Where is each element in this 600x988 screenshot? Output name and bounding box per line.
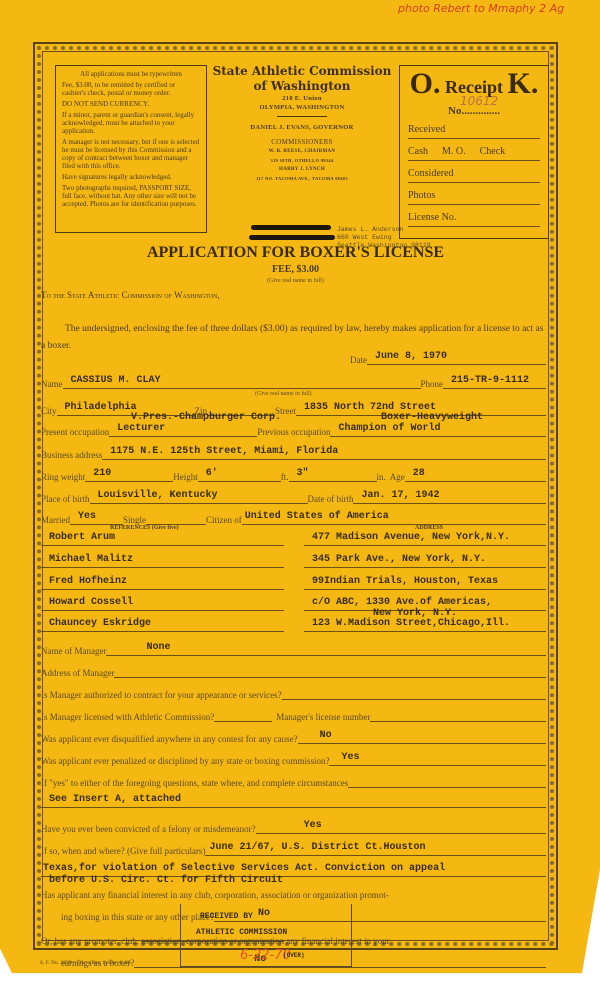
date-of-birth-field: Jan. 17, 1942 <box>353 489 546 504</box>
commissioner-1-address: 319 10TH, OTHELLO 99344 <box>207 156 397 165</box>
present-occupation-field: Lecturer <box>109 422 257 437</box>
instruction-item: Have signatures legally acknowledged. <box>62 173 200 181</box>
addressee-line: To the State Athletic Commission of Wash… <box>41 290 220 300</box>
ornamental-border: All applications must be typewritten Fee… <box>33 42 558 950</box>
height-ft-field: 6' <box>198 467 281 482</box>
manager-name-row: Name of Manager None <box>41 640 546 656</box>
agency-street: 210 E. Union <box>207 94 397 103</box>
agency-city: OLYMPIA, WASHINGTON <box>207 103 397 112</box>
reference-name: Howard Cossell <box>41 596 284 611</box>
circumstances-answer-row: See Insert A, attached <box>41 792 546 808</box>
document-page: photo Rebert to Mmaphy 2 Ag All applicat… <box>0 0 600 988</box>
manager-authorized-row: Is Manager authorized to contract for yo… <box>41 684 546 700</box>
name-hint: (Give real name in full) <box>35 278 556 284</box>
manager-name-field: None <box>106 641 546 656</box>
penalized-field: Yes <box>329 751 546 766</box>
name-field: CASSIUS M. CLAY <box>63 374 421 389</box>
stamp-line-2: ATHLETIC COMMISSION <box>196 928 287 937</box>
manager-license-number-field <box>370 707 546 722</box>
instruction-item: A manager is not necessary, but if one i… <box>62 138 200 170</box>
receipt-number-handwritten: 10612 <box>460 94 498 108</box>
reference-name: Robert Arum <box>41 531 284 546</box>
manager-address-field <box>114 663 546 678</box>
form-fee: FEE, $3.00 <box>35 264 556 275</box>
citizen-field: United States of America <box>242 510 546 525</box>
reference-address: 345 Park Ave., New York, N.Y. <box>304 553 546 568</box>
age-field: 28 <box>405 467 546 482</box>
receipt-box: O. Receipt K. 10612 No.............. Rec… <box>399 65 549 239</box>
agency-state: of Washington <box>207 79 397 94</box>
disqualified-row: Was applicant ever disqualified anywhere… <box>41 728 546 744</box>
instruction-item: Two photographs required, PASSPORT SIZE,… <box>62 184 200 208</box>
date-field: June 8, 1970 <box>367 350 546 365</box>
reference-row: Chauncey Eskridge 123 W.Madison Street,C… <box>41 616 546 632</box>
commissioner-2: HARRY J. LYNCH <box>207 165 397 174</box>
height-in-field: 3" <box>289 467 377 482</box>
birth-row: Place of birth Louisville, Kentucky Date… <box>41 488 546 504</box>
reference-name: Chauncey Eskridge <box>41 617 284 632</box>
commissioner-1: W. B. REESE, CHAIRMAN <box>207 147 397 156</box>
redaction-mark <box>249 235 335 240</box>
name-row: Name CASSIUS M. CLAY Phone 215-TR-9-1112 <box>41 373 546 389</box>
reference-name: Fred Hofheinz <box>41 575 284 590</box>
instruction-item: DO NOT SEND CURRENCY. <box>62 100 200 108</box>
license-no-field: License No. <box>408 212 540 227</box>
married-field: Yes <box>70 510 123 525</box>
place-of-birth-field: Louisville, Kentucky <box>90 489 308 504</box>
manager-licensed-row: Is Manager licensed with Athletic Commis… <box>41 706 546 722</box>
manager-licensed-field <box>214 707 272 722</box>
name-hint-2: (Give real name in full) <box>255 391 312 397</box>
reference-address: 477 Madison Avenue, New York,N.Y. <box>304 531 546 546</box>
reference-row: Robert Arum 477 Madison Avenue, New York… <box>41 530 546 546</box>
felony-field: Yes <box>256 819 546 834</box>
date-row: Date June 8, 1970 <box>350 349 546 365</box>
agency-name: State Athletic Commission <box>207 64 397 79</box>
over-label: (OVER) <box>283 952 305 959</box>
phone-field: 215-TR-9-1112 <box>443 374 546 389</box>
circumstances-question-row: If "yes" to either of the foregoing ques… <box>41 772 546 788</box>
circumstances-field: See Insert A, attached <box>41 793 546 808</box>
payment-method-field: CashM. O.Check <box>408 146 540 161</box>
form-title: APPLICATION FOR BOXER'S LICENSE <box>35 244 556 262</box>
occupation-row: Present occupation Lecturer Previous occ… <box>41 421 546 437</box>
reference-row: Michael Malitz 345 Park Ave., New York, … <box>41 552 546 568</box>
business-row: Business address 1175 N.E. 125th Street,… <box>41 444 546 460</box>
instructions-box: All applications must be typewritten Fee… <box>55 65 207 233</box>
particulars-row: If so, when and where? (Give full partic… <box>41 840 546 856</box>
stamp-line-1: RECEIVED BY <box>200 912 253 921</box>
manager-address-row: Address of Manager <box>41 662 546 678</box>
business-address-field: 1175 N.E. 125th Street, Miami, Florida <box>102 445 546 460</box>
ring-weight-field: 210 <box>85 467 173 482</box>
felony-row: Have you ever been convicted of a felony… <box>41 818 546 834</box>
particulars-field-1: June 21/67, U.S. District Ct.Houston <box>205 841 546 856</box>
penalized-row: Was applicant ever penalized or discipli… <box>41 750 546 766</box>
previous-occupation-field: Champion of World <box>330 422 546 437</box>
handwritten-note-top: photo Rebert to Mmaphy 2 Ag <box>398 2 564 15</box>
received-field: Received <box>408 124 540 139</box>
agency-header: State Athletic Commission of Washington … <box>207 64 397 183</box>
reference-row: Howard Cossell c/O ABC, 1330 Ave.of Amer… <box>41 595 546 611</box>
financial-row-1: Has applicant any financial interest in … <box>41 884 546 900</box>
commissioners-label: COMMISSIONERS <box>207 138 397 147</box>
reference-name: Michael Malitz <box>41 553 284 568</box>
physical-row: Ring weight 210 Height 6' ft. 3" in. Age… <box>41 466 546 482</box>
commissioner-2-address: 117 NO. TACOMA AVE., TACOMA 98403 <box>207 174 397 183</box>
reference-row: Fred Hofheinz 99Indian Trials, Houston, … <box>41 574 546 590</box>
instruction-item: All applications must be typewritten <box>62 70 200 78</box>
form-number: S. F. No. 3839—OS—(Rev. 8-68)—8-68. <box>40 960 132 966</box>
photos-field: Photos <box>408 190 540 205</box>
single-field <box>146 510 206 525</box>
disqualified-field: No <box>298 729 546 744</box>
instruction-item: Fee, $3.00, to be remitted by certified … <box>62 81 200 97</box>
redaction-mark <box>251 225 331 230</box>
instruction-item: If a minor, parent or guardian's consent… <box>62 111 200 135</box>
marital-row: Married Yes Single Citizen of United Sta… <box>41 509 546 525</box>
manager-authorized-field <box>282 685 546 700</box>
governor: DANIEL J. EVANS, GOVERNOR <box>207 123 397 132</box>
reference-address: 99Indian Trials, Houston, Texas <box>304 575 546 590</box>
considered-field: Considered <box>408 168 540 183</box>
reference-address: 123 W.Madison Street,Chicago,Ill. <box>304 617 546 632</box>
divider <box>277 116 327 117</box>
